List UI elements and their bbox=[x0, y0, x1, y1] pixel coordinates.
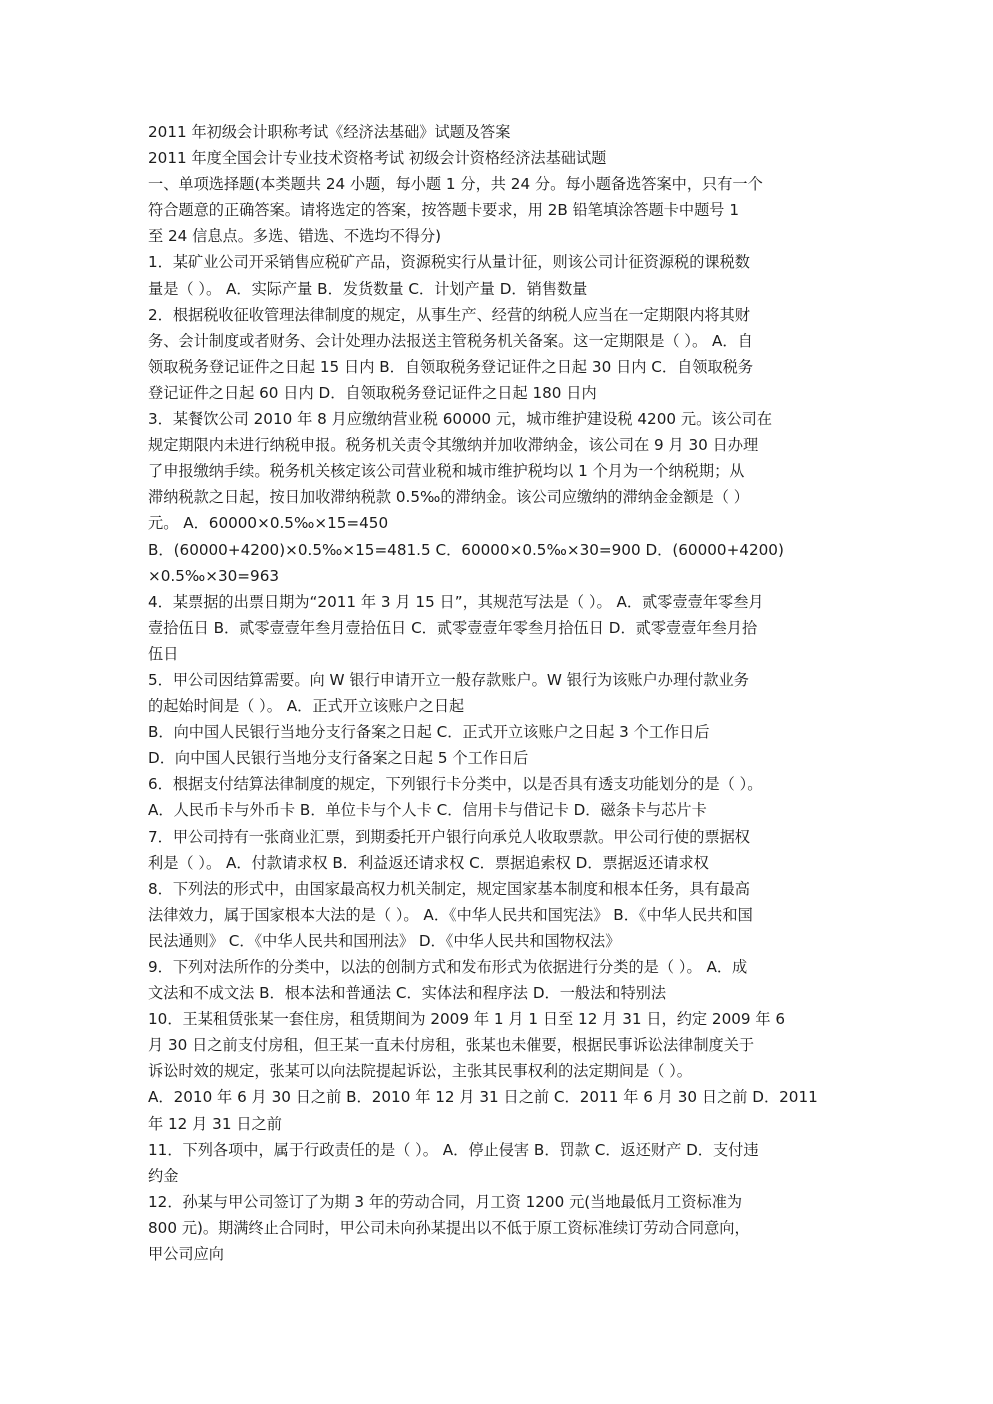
question-2: 领取税务登记证件之日起 15 日内 B．自领取税务登记证件之日起 30 日内 C… bbox=[148, 354, 860, 380]
question-12: 800 元)。期满终止合同时，甲公司未向孙某提出以不低于原工资标准续订劳动合同意… bbox=[148, 1215, 860, 1241]
question-6: A．人民币卡与外币卡 B．单位卡与个人卡 C．信用卡与借记卡 D．磁条卡与芯片卡 bbox=[148, 797, 860, 823]
section-instructions: 符合题意的正确答案。请将选定的答案，按答题卡要求，用 2B 铅笔填涂答题卡中题号… bbox=[148, 197, 860, 223]
question-9: 9．下列对法所作的分类中，以法的创制方式和发布形式为依据进行分类的是（ ）。 A… bbox=[148, 954, 860, 980]
section-instructions: 至 24 信息点。多选、错选、不选均不得分) bbox=[148, 223, 860, 249]
question-2: 2．根据税收征收管理法律制度的规定，从事生产、经营的纳税人应当在一定期限内将其财 bbox=[148, 302, 860, 328]
document-title: 2011 年初级会计职称考试《经济法基础》试题及答案 bbox=[148, 119, 860, 145]
question-7: 7．甲公司持有一张商业汇票，到期委托开户银行向承兑人收取票款。甲公司行使的票据权 bbox=[148, 824, 860, 850]
question-4: 伍日 bbox=[148, 641, 860, 667]
question-1: 1．某矿业公司开采销售应税矿产品，资源税实行从量计征，则该公司计征资源税的课税数 bbox=[148, 249, 860, 275]
question-1: 量是（ ）。 A．实际产量 B．发货数量 C．计划产量 D．销售数量 bbox=[148, 276, 860, 302]
question-11: 约金 bbox=[148, 1163, 860, 1189]
section-heading: 一、单项选择题(本类题共 24 小题，每小题 1 分，共 24 分。每小题备选答… bbox=[148, 171, 860, 197]
question-8: 民法通则》 C．《中华人民共和国刑法》 D．《中华人民共和国物权法》 bbox=[148, 928, 860, 954]
question-3: ×0.5‰×30=963 bbox=[148, 563, 860, 589]
question-5: B．向中国人民银行当地分支行备案之日起 C．正式开立该账户之日起 3 个工作日后 bbox=[148, 719, 860, 745]
question-3: 规定期限内未进行纳税申报。税务机关责令其缴纳并加收滞纳金，该公司在 9 月 30… bbox=[148, 432, 860, 458]
question-3: 了申报缴纳手续。税务机关核定该公司营业税和城市维护税均以 1 个月为一个纳税期；… bbox=[148, 458, 860, 484]
question-8: 8．下列法的形式中，由国家最高权力机关制定，规定国家基本制度和根本任务，具有最高 bbox=[148, 876, 860, 902]
question-10: A．2010 年 6 月 30 日之前 B．2010 年 12 月 31 日之前… bbox=[148, 1084, 860, 1110]
question-3: 3．某餐饮公司 2010 年 8 月应缴纳营业税 60000 元，城市维护建设税… bbox=[148, 406, 860, 432]
question-4: 4．某票据的出票日期为“2011 年 3 月 15 日”，其规范写法是（ ）。 … bbox=[148, 589, 860, 615]
question-11: 11．下列各项中，属于行政责任的是（ ）。 A．停止侵害 B．罚款 C．返还财产… bbox=[148, 1137, 860, 1163]
question-7: 利是（ ）。 A．付款请求权 B．利益返还请求权 C．票据追索权 D．票据返还请… bbox=[148, 850, 860, 876]
document-subtitle: 2011 年度全国会计专业技术资格考试 初级会计资格经济法基础试题 bbox=[148, 145, 860, 171]
question-8: 法律效力，属于国家根本大法的是（ ）。 A．《中华人民共和国宪法》 B．《中华人… bbox=[148, 902, 860, 928]
question-2: 登记证件之日起 60 日内 D．自领取税务登记证件之日起 180 日内 bbox=[148, 380, 860, 406]
question-10: 诉讼时效的规定，张某可以向法院提起诉讼，主张其民事权利的法定期间是（ ）。 bbox=[148, 1058, 860, 1084]
question-3: 滞纳税款之日起，按日加收滞纳税款 0.5‰的滞纳金。该公司应缴纳的滞纳金金额是（… bbox=[148, 484, 860, 510]
question-2: 务、会计制度或者财务、会计处理办法报送主管税务机关备案。这一定期限是（ ）。 A… bbox=[148, 328, 860, 354]
question-3: B．(60000+4200)×0.5‰×15=481.5 C．60000×0.5… bbox=[148, 537, 860, 563]
document-body: 2011 年初级会计职称考试《经济法基础》试题及答案 2011 年度全国会计专业… bbox=[148, 119, 860, 1267]
document-page: 2011 年初级会计职称考试《经济法基础》试题及答案 2011 年度全国会计专业… bbox=[0, 0, 993, 1404]
question-12: 甲公司应向 bbox=[148, 1241, 860, 1267]
question-5: 的起始时间是（ ）。 A．正式开立该账户之日起 bbox=[148, 693, 860, 719]
question-10: 10．王某租赁张某一套住房，租赁期间为 2009 年 1 月 1 日至 12 月… bbox=[148, 1006, 860, 1032]
question-3: 元。 A．60000×0.5‰×15=450 bbox=[148, 510, 860, 536]
question-4: 壹拾伍日 B．贰零壹壹年叁月壹拾伍日 C．贰零壹壹年零叁月拾伍日 D．贰零壹壹年… bbox=[148, 615, 860, 641]
question-12: 12．孙某与甲公司签订了为期 3 年的劳动合同，月工资 1200 元(当地最低月… bbox=[148, 1189, 860, 1215]
question-6: 6．根据支付结算法律制度的规定，下列银行卡分类中，以是否具有透支功能划分的是（ … bbox=[148, 771, 860, 797]
question-9: 文法和不成文法 B．根本法和普通法 C．实体法和程序法 D．一般法和特别法 bbox=[148, 980, 860, 1006]
question-10: 月 30 日之前支付房租，但王某一直未付房租，张某也未催要，根据民事诉讼法律制度… bbox=[148, 1032, 860, 1058]
question-10: 年 12 月 31 日之前 bbox=[148, 1111, 860, 1137]
question-5: D．向中国人民银行当地分支行备案之日起 5 个工作日后 bbox=[148, 745, 860, 771]
question-5: 5．甲公司因结算需要。向 W 银行申请开立一般存款账户。W 银行为该账户办理付款… bbox=[148, 667, 860, 693]
